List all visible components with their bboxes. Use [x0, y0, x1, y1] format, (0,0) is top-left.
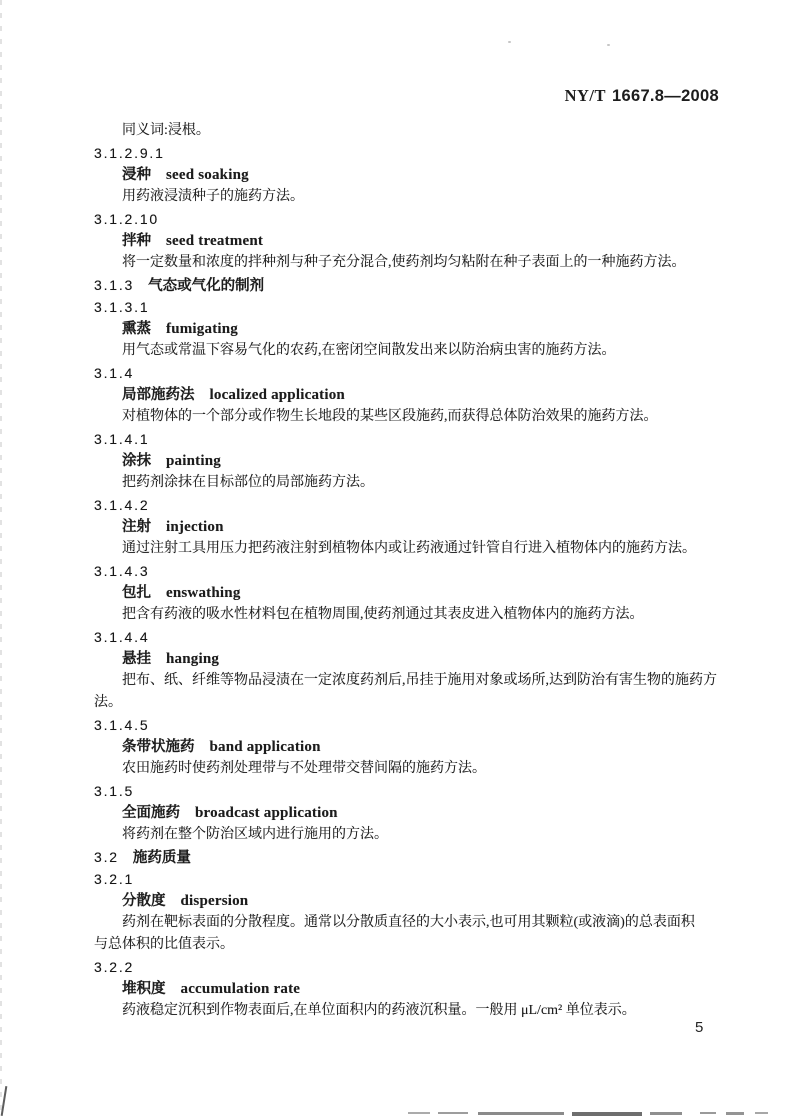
scan-edge-noise [0, 0, 2, 1118]
term-line: 全面施药broadcast application [94, 802, 750, 824]
clause-number: 3.1.4.2 [94, 494, 750, 516]
definition-line: 法。 [94, 692, 750, 714]
term-english: broadcast application [195, 805, 338, 821]
term-english: hanging [166, 651, 219, 667]
scan-smudge [726, 1112, 744, 1115]
scanned-standard-page: NY/T1667.8—2008 同义词:浸根。3.1.2.9.1浸种seed s… [0, 0, 800, 1118]
scan-speck [607, 44, 610, 46]
term-line: 分散度dispersion [94, 890, 750, 912]
clause-number: 3.1.4.4 [94, 626, 750, 648]
definition-line: 同义词:浸根。 [94, 120, 750, 142]
term-chinese: 包扎 [122, 585, 151, 601]
term-line: 堆积度accumulation rate [94, 978, 750, 1000]
clause-number: 3.2.1 [94, 868, 750, 890]
term-chinese: 注射 [122, 519, 151, 535]
term-line: 条带状施药band application [94, 736, 750, 758]
term-english: seed treatment [166, 233, 263, 249]
section-heading-number: 3.2 [94, 849, 119, 865]
term-chinese: 浸种 [122, 167, 151, 183]
definition-line: 用气态或常温下容易气化的农药,在密闭空间散发出来以防治病虫害的施药方法。 [94, 340, 750, 362]
scan-smudge [438, 1112, 468, 1114]
term-chinese: 拌种 [122, 233, 151, 249]
term-chinese: 堆积度 [122, 981, 166, 997]
term-chinese: 悬挂 [122, 651, 151, 667]
term-line: 熏蒸fumigating [94, 318, 750, 340]
clause-number: 3.1.2.9.1 [94, 142, 750, 164]
standard-header: NY/T1667.8—2008 [0, 86, 719, 106]
term-chinese: 条带状施药 [122, 739, 195, 755]
term-english: fumigating [166, 321, 238, 337]
definition-line: 把含有药液的吸水性材料包在植物周围,使药剂通过其表皮进入植物体内的施药方法。 [94, 604, 750, 626]
term-chinese: 熏蒸 [122, 321, 151, 337]
scan-speck [508, 41, 511, 43]
definition-line: 与总体积的比值表示。 [94, 934, 750, 956]
standard-prefix: NY/T [565, 86, 606, 105]
term-chinese: 分散度 [122, 893, 166, 909]
clause-number: 3.1.3.1 [94, 296, 750, 318]
standard-code: 1667.8—2008 [612, 87, 719, 105]
term-line: 拌种seed treatment [94, 230, 750, 252]
definition-line: 农田施药时使药剂处理带与不处理带交替间隔的施药方法。 [94, 758, 750, 780]
definition-line: 药剂在靶标表面的分散程度。通常以分散质直径的大小表示,也可用其颗粒(或液滴)的总… [94, 912, 750, 934]
term-english: band application [210, 739, 321, 755]
scan-smudge [700, 1112, 716, 1114]
clause-number: 3.1.4.3 [94, 560, 750, 582]
term-chinese: 局部施药法 [122, 387, 195, 403]
scan-smudge [408, 1112, 430, 1114]
document-content: 同义词:浸根。3.1.2.9.1浸种seed soaking用药液浸渍种子的施药… [94, 120, 750, 1022]
term-chinese: 全面施药 [122, 805, 180, 821]
term-line: 涂抹painting [94, 450, 750, 472]
scan-smudge [478, 1112, 564, 1115]
section-heading-title: 施药质量 [133, 850, 191, 866]
scan-speck [96, 216, 99, 218]
term-english: localized application [210, 387, 345, 403]
term-english: dispersion [181, 893, 249, 909]
clause-number: 3.1.5 [94, 780, 750, 802]
term-english: painting [166, 453, 221, 469]
page-number: 5 [695, 1017, 703, 1039]
definition-line: 通过注射工具用压力把药液注射到植物体内或让药液通过针管自行进入植物体内的施药方法… [94, 538, 750, 560]
term-english: accumulation rate [181, 981, 301, 997]
section-heading-title: 气态或气化的制剂 [148, 278, 264, 294]
term-line: 浸种seed soaking [94, 164, 750, 186]
definition-line: 把布、纸、纤维等物品浸渍在一定浓度药剂后,吊挂于施用对象或场所,达到防治有害生物… [94, 670, 750, 692]
term-line: 注射injection [94, 516, 750, 538]
definition-line: 将一定数量和浓度的拌种剂与种子充分混合,使药剂均匀粘附在种子表面上的一种施药方法… [94, 252, 750, 274]
term-english: enswathing [166, 585, 241, 601]
section-heading-number: 3.1.3 [94, 277, 134, 293]
term-chinese: 涂抹 [122, 453, 151, 469]
clause-number: 3.1.4.1 [94, 428, 750, 450]
definition-line: 药液稳定沉积到作物表面后,在单位面积内的药液沉积量。一般用 μL/cm² 单位表… [94, 1000, 750, 1022]
scan-smudge [650, 1112, 682, 1115]
term-line: 包扎enswathing [94, 582, 750, 604]
clause-number: 3.1.4.5 [94, 714, 750, 736]
scan-smudge [572, 1112, 642, 1116]
clause-number: 3.1.4 [94, 362, 750, 384]
scan-smudge [755, 1112, 768, 1114]
definition-line: 用药液浸渍种子的施药方法。 [94, 186, 750, 208]
definition-line: 把药剂涂抹在目标部位的局部施药方法。 [94, 472, 750, 494]
clause-number: 3.2.2 [94, 956, 750, 978]
term-line: 局部施药法localized application [94, 384, 750, 406]
term-english: seed soaking [166, 167, 249, 183]
term-english: injection [166, 519, 224, 535]
clause-number: 3.1.2.10 [94, 208, 750, 230]
definition-line: 将药剂在整个防治区域内进行施用的方法。 [94, 824, 750, 846]
definition-line: 对植物体的一个部分或作物生长地段的某些区段施药,而获得总体防治效果的施药方法。 [94, 406, 750, 428]
term-line: 悬挂hanging [94, 648, 750, 670]
section-heading: 3.2施药质量 [94, 846, 750, 868]
section-heading: 3.1.3气态或气化的制剂 [94, 274, 750, 296]
